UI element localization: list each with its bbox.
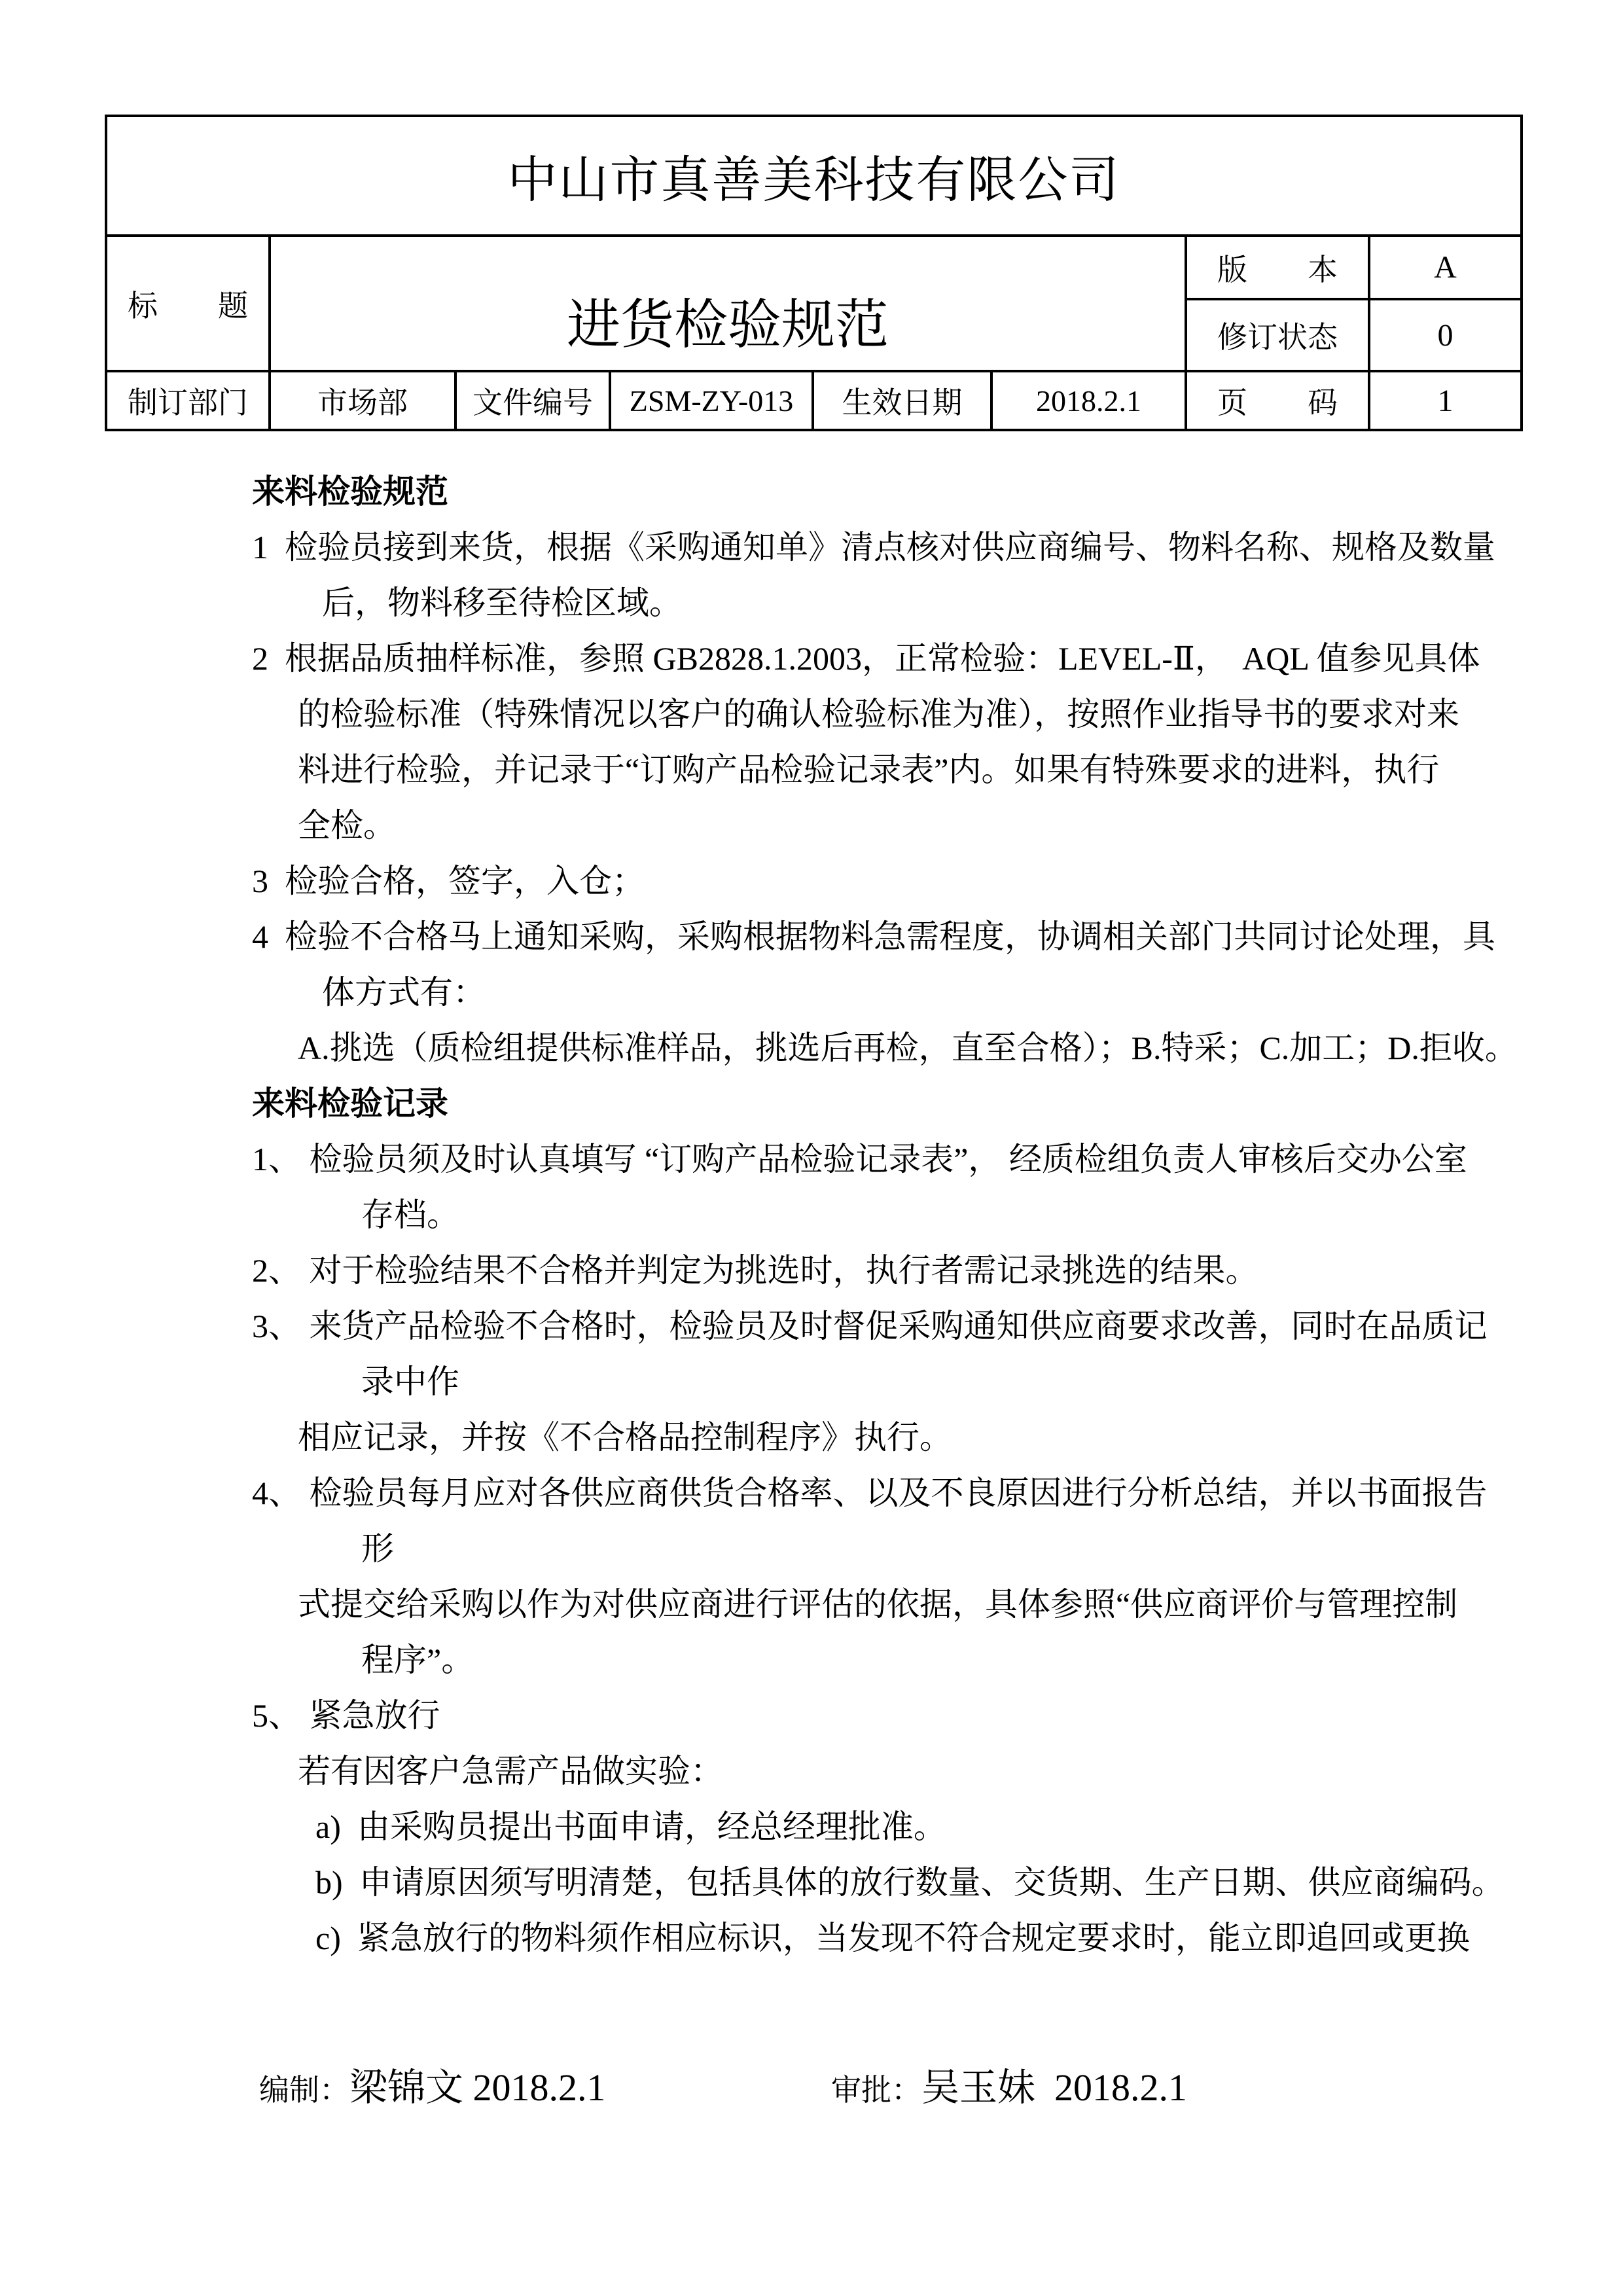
body-line: 体方式有： (0, 965, 1623, 1020)
body-line: 料进行检验，并记录于“订购产品检验记录表”内。如果有特殊要求的进料，执行 (0, 742, 1623, 798)
effective-date-value: 2018.2.1 (991, 371, 1186, 430)
body-line: 全检。 (0, 798, 1623, 853)
section-heading: 来料检验规范 (0, 464, 1623, 520)
body-line: 的检验标准（特殊情况以客户的确认检验标准为准），按照作业指导书的要求对来 (0, 687, 1623, 742)
doc-number-label: 文件编号 (455, 371, 610, 430)
prepared-by-label: 编制： (259, 2073, 349, 2107)
body-line: 式提交给采购以作为对供应商进行评估的依据，具体参照“供应商评价与管理控制 (0, 1577, 1623, 1632)
prepared-by: 编制：梁锦文 2018.2.1 (243, 1990, 606, 2055)
doc-number-value: ZSM-ZY-013 (610, 371, 813, 430)
company-name: 中山市真善美科技有限公司 (106, 116, 1522, 236)
department-label: 制订部门 (106, 371, 270, 430)
body-line: 若有因客户急需产品做实验： (0, 1744, 1623, 1799)
body-line: 存档。 (0, 1187, 1623, 1243)
revision-status-label: 修订状态 (1186, 299, 1369, 371)
approved-by: 审批：吴玉妹 2018.2.1 (815, 1990, 1187, 2055)
body-line: 2 根据品质抽样标准，参照 GB2828.1.2003，正常检验：LEVEL-Ⅱ… (0, 631, 1623, 687)
body-line: 1 检验员接到来货，根据《采购通知单》清点核对供应商编号、物料名称、规格及数量 (0, 520, 1623, 575)
effective-date-label: 生效日期 (813, 371, 991, 430)
body-line: 5、 紧急放行 (0, 1688, 1623, 1744)
approved-by-value: 吴玉妹 2018.2.1 (921, 2066, 1187, 2109)
document-body: 来料检验规范1 检验员接到来货，根据《采购通知单》清点核对供应商编号、物料名称、… (0, 464, 1623, 1966)
document-page: 中山市真善美科技有限公司 标 题 进货检验规范 版 本 A 修订状态 0 制订部… (0, 0, 1623, 2296)
page-number-value: 1 (1369, 371, 1522, 430)
body-line: A.挑选（质检组提供标准样品，挑选后再检，直至合格）；B.特采；C.加工；D.拒… (0, 1020, 1623, 1076)
body-line: 程序”。 (0, 1632, 1623, 1688)
body-line: 4 检验不合格马上通知采购，采购根据物料急需程度，协调相关部门共同讨论处理，具 (0, 909, 1623, 965)
body-line: 1、 检验员须及时认真填写 “订购产品检验记录表”， 经质检组负责人审核后交办公… (0, 1132, 1623, 1187)
page-number-label: 页 码 (1186, 371, 1369, 430)
body-line: 录中作 (0, 1354, 1623, 1410)
body-line: a) 由采购员提出书面申请，经总经理批准。 (0, 1799, 1623, 1855)
body-line: 相应记录，并按《不合格品控制程序》执行。 (0, 1410, 1623, 1465)
version-label: 版 本 (1186, 236, 1369, 299)
body-line: 后，物料移至待检区域。 (0, 575, 1623, 631)
header-table: 中山市真善美科技有限公司 标 题 进货检验规范 版 本 A 修订状态 0 制订部… (105, 115, 1523, 431)
section-heading: 来料检验记录 (0, 1076, 1623, 1132)
revision-status-value: 0 (1369, 299, 1522, 371)
body-line: b) 申请原因须写明清楚，包括具体的放行数量、交货期、生产日期、供应商编码。 (0, 1855, 1623, 1910)
signature-footer: 编制：梁锦文 2018.2.1 审批：吴玉妹 2018.2.1 (0, 1990, 1623, 2055)
document-title: 进货检验规范 (270, 236, 1186, 371)
body-line: 2、 对于检验结果不合格并判定为挑选时，执行者需记录挑选的结果。 (0, 1243, 1623, 1299)
body-line: 4、 检验员每月应对各供应商供货合格率、以及不良原因进行分析总结，并以书面报告 (0, 1465, 1623, 1521)
prepared-by-value: 梁锦文 2018.2.1 (349, 2066, 606, 2109)
body-line: 形 (0, 1521, 1623, 1577)
body-line: 3、 来货产品检验不合格时，检验员及时督促采购通知供应商要求改善，同时在品质记 (0, 1299, 1623, 1354)
approved-by-label: 审批： (831, 2073, 921, 2107)
version-value: A (1369, 236, 1522, 299)
department-value: 市场部 (270, 371, 455, 430)
body-line: 3 检验合格，签字，入仓； (0, 853, 1623, 909)
body-line: c) 紧急放行的物料须作相应标识，当发现不符合规定要求时，能立即追回或更换 (0, 1910, 1623, 1966)
title-label: 标 题 (106, 236, 270, 371)
